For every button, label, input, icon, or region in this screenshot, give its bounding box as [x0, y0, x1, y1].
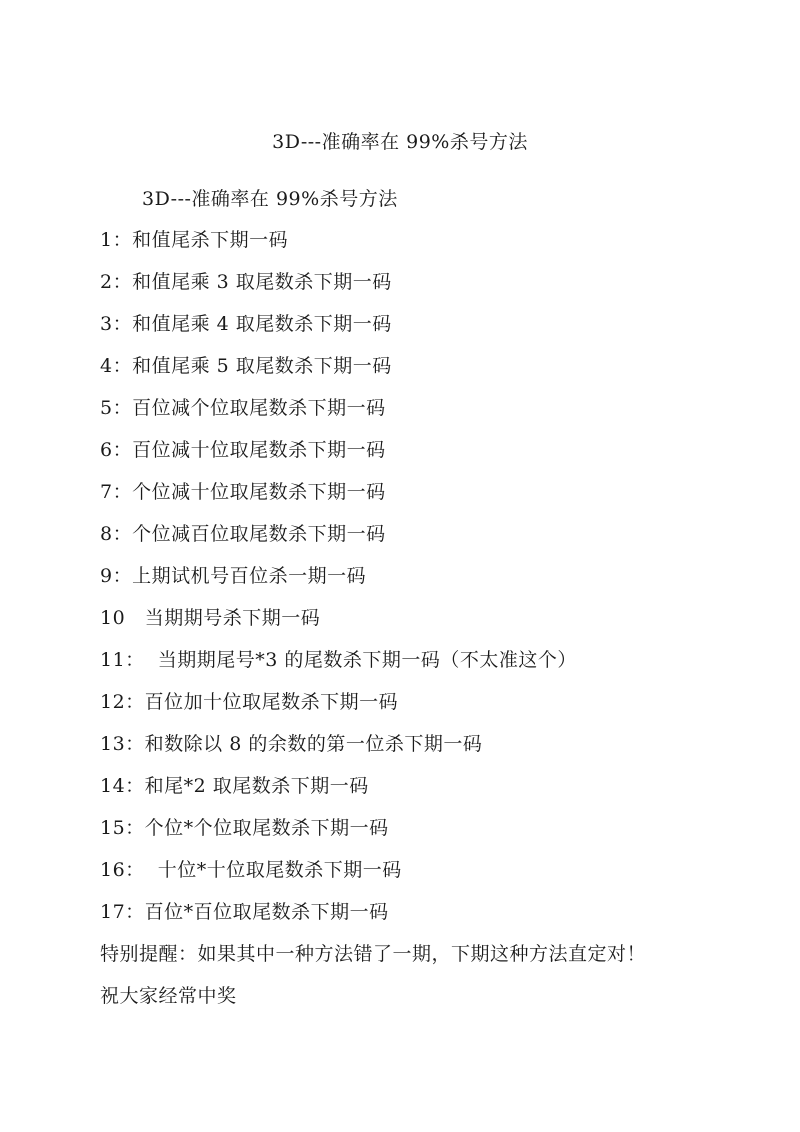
method-item: 10 当期期号杀下期一码	[100, 604, 646, 646]
method-item: 4：和值尾乘 5 取尾数杀下期一码	[100, 352, 646, 394]
method-item: 11： 当期期尾号*3 的尾数杀下期一码（不太准这个）	[100, 646, 646, 688]
method-item: 9：上期试机号百位杀一期一码	[100, 562, 646, 604]
method-list: 1：和值尾杀下期一码 2：和值尾乘 3 取尾数杀下期一码 3：和值尾乘 4 取尾…	[100, 226, 646, 1024]
method-item: 3：和值尾乘 4 取尾数杀下期一码	[100, 310, 646, 352]
method-item: 15：个位*个位取尾数杀下期一码	[100, 814, 646, 856]
method-item: 7：个位减十位取尾数杀下期一码	[100, 478, 646, 520]
method-item: 12：百位加十位取尾数杀下期一码	[100, 688, 646, 730]
document-title: 3D---准确率在 99%杀号方法	[0, 128, 800, 156]
method-item: 17：百位*百位取尾数杀下期一码	[100, 898, 646, 940]
method-item: 13：和数除以 8 的余数的第一位杀下期一码	[100, 730, 646, 772]
method-item: 6：百位减十位取尾数杀下期一码	[100, 436, 646, 478]
method-item: 8：个位减百位取尾数杀下期一码	[100, 520, 646, 562]
method-item: 14：和尾*2 取尾数杀下期一码	[100, 772, 646, 814]
document-subtitle: 3D---准确率在 99%杀号方法	[142, 185, 398, 213]
method-item: 5：百位减个位取尾数杀下期一码	[100, 394, 646, 436]
method-item: 1：和值尾杀下期一码	[100, 226, 646, 268]
special-reminder: 特别提醒：如果其中一种方法错了一期，下期这种方法直定对！	[100, 940, 646, 982]
document-page: 3D---准确率在 99%杀号方法 3D---准确率在 99%杀号方法 1：和值…	[0, 0, 800, 1132]
method-item: 2：和值尾乘 3 取尾数杀下期一码	[100, 268, 646, 310]
method-item: 16： 十位*十位取尾数杀下期一码	[100, 856, 646, 898]
closing-wish: 祝大家经常中奖	[100, 982, 646, 1024]
